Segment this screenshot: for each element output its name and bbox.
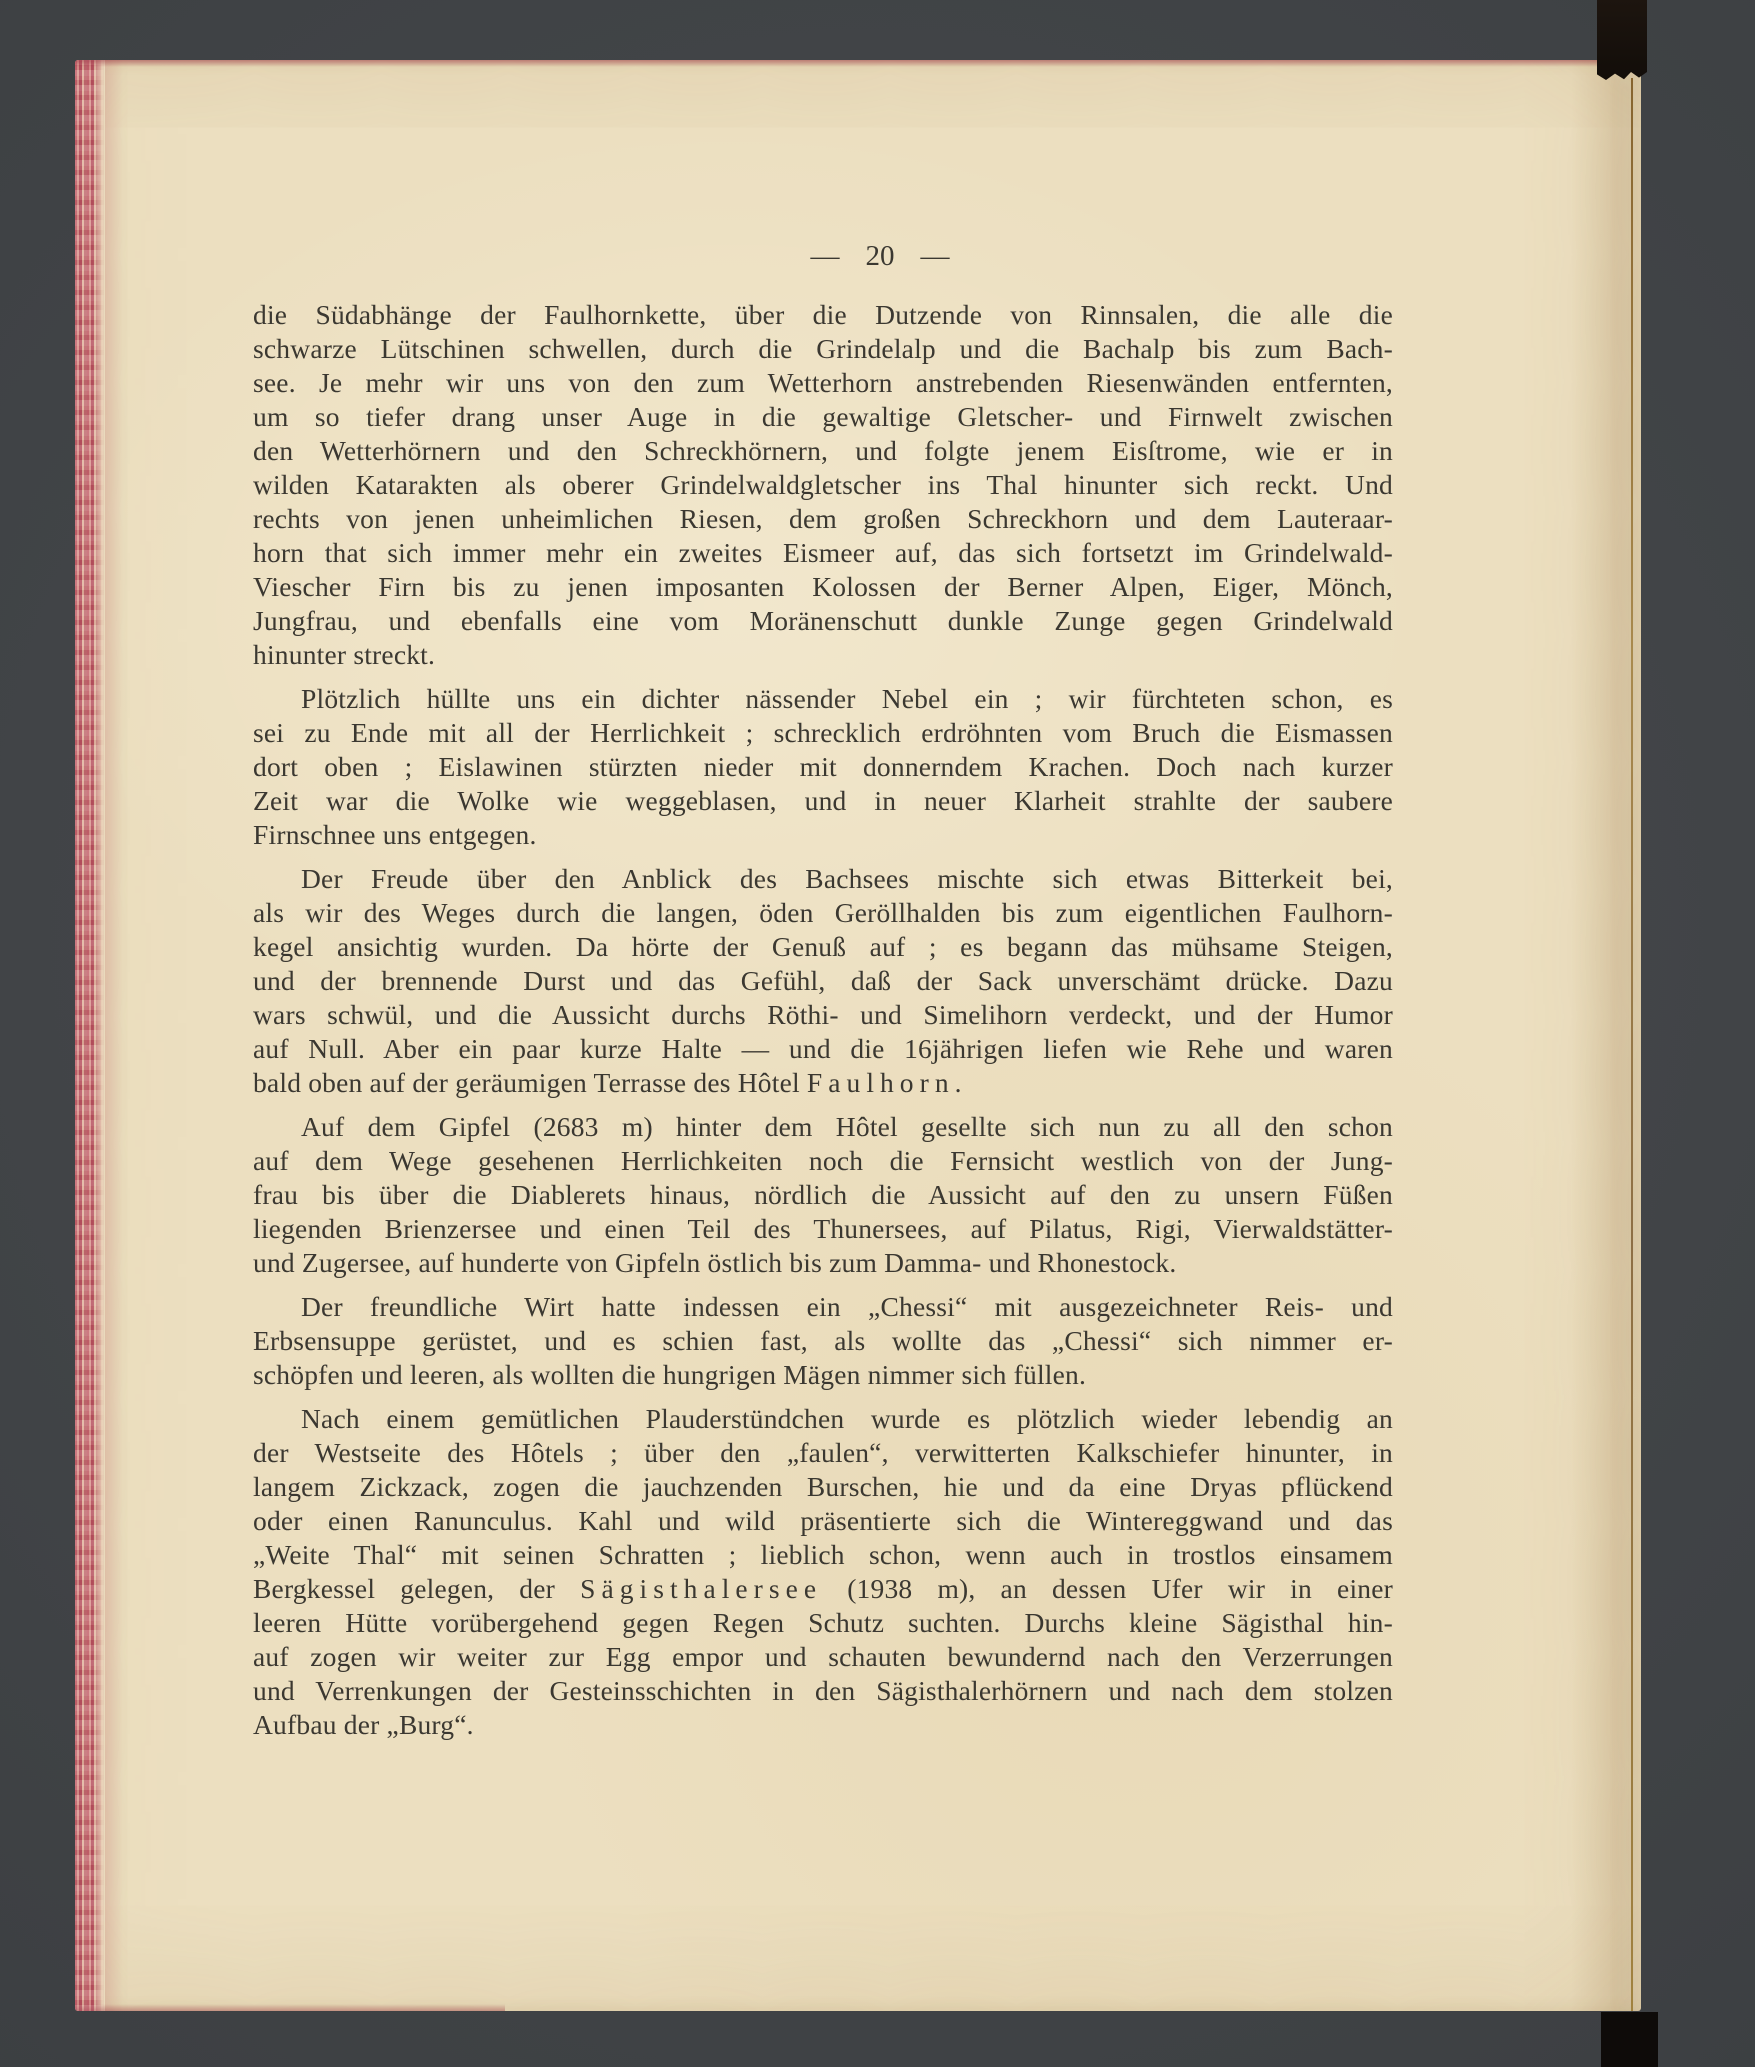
text-line: Auf dem Gipfel (2683 m) hinter dem Hôtel… — [253, 1110, 1393, 1144]
red-edge-wash — [105, 60, 123, 2011]
text-line: liegenden Brienzersee und einen Teil des… — [253, 1212, 1393, 1246]
text-segment: Nach einem gemütlichen Plauderstündchen … — [301, 1403, 1393, 1434]
page-number-dash-right: — — [921, 240, 950, 273]
page-top-edge-tint — [75, 60, 1641, 67]
text-line: schwarze Lütschinen schwellen, durch die… — [253, 332, 1393, 366]
text-line: auf Null. Aber ein paar kurze Halte — un… — [253, 1032, 1393, 1066]
text-line: Zeit war die Wolke wie weggeblasen, und … — [253, 784, 1393, 818]
text-segment: der Westseite des Hôtels ; über den „fau… — [253, 1437, 1393, 1468]
text-segment: auf dem Wege gesehenen Herrlichkeiten no… — [253, 1145, 1393, 1176]
letterspaced-word: Sägisthalersee — [580, 1573, 822, 1604]
text-line: rechts von jenen unheimlichen Riesen, de… — [253, 502, 1393, 536]
text-line: und Verrenkungen der Gesteinsschichten i… — [253, 1674, 1393, 1708]
gutter-fold-line — [1631, 78, 1633, 2011]
text-segment: auf zogen wir weiter zur Egg empor und s… — [253, 1641, 1393, 1672]
text-line: sei zu Ende mit all der Herrlichkeit ; s… — [253, 716, 1393, 750]
text-line: Erbsensuppe gerüstet, und es schien fast… — [253, 1324, 1393, 1358]
text-line: um so tiefer drang unser Auge in die gew… — [253, 400, 1393, 434]
text-segment: den Wetterhörnern und den Schreckhörnern… — [253, 435, 1393, 466]
text-segment: oder einen Ranunculus. Kahl und wild prä… — [253, 1505, 1393, 1536]
text-segment: Plötzlich hüllte uns ein dichter nässend… — [301, 683, 1393, 714]
text-segment: Erbsensuppe gerüstet, und es schien fast… — [253, 1325, 1393, 1356]
text-segment: bald oben auf der geräumigen Terrasse de… — [253, 1067, 807, 1098]
text-segment: frau bis über die Diablerets hinaus, nör… — [253, 1179, 1393, 1210]
text-segment: schwarze Lütschinen schwellen, durch die… — [253, 333, 1393, 364]
paragraph: Auf dem Gipfel (2683 m) hinter dem Hôtel… — [253, 1110, 1393, 1280]
text-line: die Südabhänge der Faulhornkette, über d… — [253, 298, 1393, 332]
text-line: langem Zickzack, zogen die jauchzenden B… — [253, 1470, 1393, 1504]
text-segment: hinunter streckt. — [253, 639, 435, 670]
text-line: hinunter streckt. — [253, 638, 1393, 672]
paragraph: Plötzlich hüllte uns ein dichter nässend… — [253, 682, 1393, 852]
red-page-edges — [75, 60, 105, 2011]
text-segment: und der brennende Durst und das Gefühl, … — [253, 965, 1393, 996]
body-text: die Südabhänge der Faulhornkette, über d… — [253, 298, 1393, 1742]
text-segment: dort oben ; Eislawinen stürzten nieder m… — [253, 751, 1393, 782]
text-line: leeren Hütte vorübergehend gegen Regen S… — [253, 1606, 1393, 1640]
text-line: Der Freude über den Anblick des Bachsees… — [253, 862, 1393, 896]
text-segment: langem Zickzack, zogen die jauchzenden B… — [253, 1471, 1393, 1502]
text-segment: (1938 m), an dessen Ufer wir in einer — [822, 1573, 1393, 1604]
text-segment: Firnschnee uns entgegen. — [253, 819, 537, 850]
text-segment: horn that sich immer mehr ein zweites Ei… — [253, 537, 1393, 568]
text-segment: liegenden Brienzersee und einen Teil des… — [253, 1213, 1393, 1244]
text-segment: schöpfen und leeren, als wollten die hun… — [253, 1359, 1086, 1390]
page-number-value: 20 — [866, 240, 895, 273]
text-segment: als wir des Weges durch die langen, öden… — [253, 897, 1393, 928]
text-segment: und Zugersee, auf hunderte von Gipfeln ö… — [253, 1247, 1176, 1278]
text-segment: Aufbau der „Burg“. — [253, 1709, 474, 1740]
text-line: Bergkessel gelegen, der Sägisthalersee (… — [253, 1572, 1393, 1606]
text-segment: sei zu Ende mit all der Herrlichkeit ; s… — [253, 717, 1393, 748]
text-line: schöpfen und leeren, als wollten die hun… — [253, 1358, 1393, 1392]
paragraph: Der Freude über den Anblick des Bachsees… — [253, 862, 1393, 1100]
text-segment: Der Freude über den Anblick des Bachsees… — [301, 863, 1393, 894]
text-segment: um so tiefer drang unser Auge in die gew… — [253, 401, 1393, 432]
paragraph: die Südabhänge der Faulhornkette, über d… — [253, 298, 1393, 672]
text-line: Aufbau der „Burg“. — [253, 1708, 1393, 1742]
paragraph: Der freundliche Wirt hatte indessen ein … — [253, 1290, 1393, 1392]
text-line: Viescher Firn bis zu jenen imposanten Ko… — [253, 570, 1393, 604]
text-line: „Weite Thal“ mit seinen Schratten ; lieb… — [253, 1538, 1393, 1572]
text-segment: auf Null. Aber ein paar kurze Halte — un… — [253, 1033, 1393, 1064]
text-line: bald oben auf der geräumigen Terrasse de… — [253, 1066, 1393, 1100]
book-page: — 20 — die Südabhänge der Faulhornkette,… — [75, 60, 1641, 2011]
page-number-dash-left: — — [811, 240, 840, 273]
text-segment: Der freundliche Wirt hatte indessen ein … — [301, 1291, 1393, 1322]
text-line: Jungfrau, und ebenfalls eine vom Moränen… — [253, 604, 1393, 638]
text-line: Firnschnee uns entgegen. — [253, 818, 1393, 852]
page-bottom-edge-tint — [75, 2004, 505, 2011]
text-segment: wilden Katarakten als oberer Grindelwald… — [253, 469, 1393, 500]
text-segment: die Südabhänge der Faulhornkette, über d… — [253, 299, 1393, 330]
text-line: und Zugersee, auf hunderte von Gipfeln ö… — [253, 1246, 1393, 1280]
text-segment: wars schwül, und die Aussicht durchs Röt… — [253, 999, 1393, 1030]
text-segment: . — [955, 1067, 962, 1098]
text-segment: und Verrenkungen der Gesteinsschichten i… — [253, 1675, 1393, 1706]
text-line: auf zogen wir weiter zur Egg empor und s… — [253, 1640, 1393, 1674]
paragraph: Nach einem gemütlichen Plauderstündchen … — [253, 1402, 1393, 1742]
bookmark-ribbon-top — [1597, 0, 1647, 80]
text-line: wars schwül, und die Aussicht durchs Röt… — [253, 998, 1393, 1032]
text-segment: Viescher Firn bis zu jenen imposanten Ko… — [253, 571, 1393, 602]
text-line: und der brennende Durst und das Gefühl, … — [253, 964, 1393, 998]
text-line: Plötzlich hüllte uns ein dichter nässend… — [253, 682, 1393, 716]
text-line: Nach einem gemütlichen Plauderstündchen … — [253, 1402, 1393, 1436]
letterspaced-word: Faulhorn — [807, 1067, 955, 1098]
text-line: Der freundliche Wirt hatte indessen ein … — [253, 1290, 1393, 1324]
text-line: oder einen Ranunculus. Kahl und wild prä… — [253, 1504, 1393, 1538]
page-number: — 20 — — [310, 236, 1450, 276]
text-segment: Zeit war die Wolke wie weggeblasen, und … — [253, 785, 1393, 816]
text-line: frau bis über die Diablerets hinaus, nör… — [253, 1178, 1393, 1212]
text-line: dort oben ; Eislawinen stürzten nieder m… — [253, 750, 1393, 784]
text-segment: „Weite Thal“ mit seinen Schratten ; lieb… — [253, 1539, 1393, 1570]
text-line: als wir des Weges durch die langen, öden… — [253, 896, 1393, 930]
text-line: kegel ansichtig wurden. Da hörte der Gen… — [253, 930, 1393, 964]
text-line: auf dem Wege gesehenen Herrlichkeiten no… — [253, 1144, 1393, 1178]
text-line: see. Je mehr wir uns von den zum Wetterh… — [253, 366, 1393, 400]
text-segment: see. Je mehr wir uns von den zum Wetterh… — [253, 367, 1393, 398]
text-segment: Bergkessel gelegen, der — [253, 1573, 580, 1604]
text-segment: Auf dem Gipfel (2683 m) hinter dem Hôtel… — [301, 1111, 1393, 1142]
text-segment: kegel ansichtig wurden. Da hörte der Gen… — [253, 931, 1393, 962]
text-line: horn that sich immer mehr ein zweites Ei… — [253, 536, 1393, 570]
text-line: wilden Katarakten als oberer Grindelwald… — [253, 468, 1393, 502]
text-segment: leeren Hütte vorübergehend gegen Regen S… — [253, 1607, 1393, 1638]
text-segment: rechts von jenen unheimlichen Riesen, de… — [253, 503, 1393, 534]
text-line: den Wetterhörnern und den Schreckhörnern… — [253, 434, 1393, 468]
text-line: der Westseite des Hôtels ; über den „fau… — [253, 1436, 1393, 1470]
bookmark-ribbon-bottom — [1601, 2012, 1658, 2067]
text-segment: Jungfrau, und ebenfalls eine vom Moränen… — [253, 605, 1393, 636]
scanned-book-photo: — 20 — die Südabhänge der Faulhornkette,… — [0, 0, 1755, 2067]
